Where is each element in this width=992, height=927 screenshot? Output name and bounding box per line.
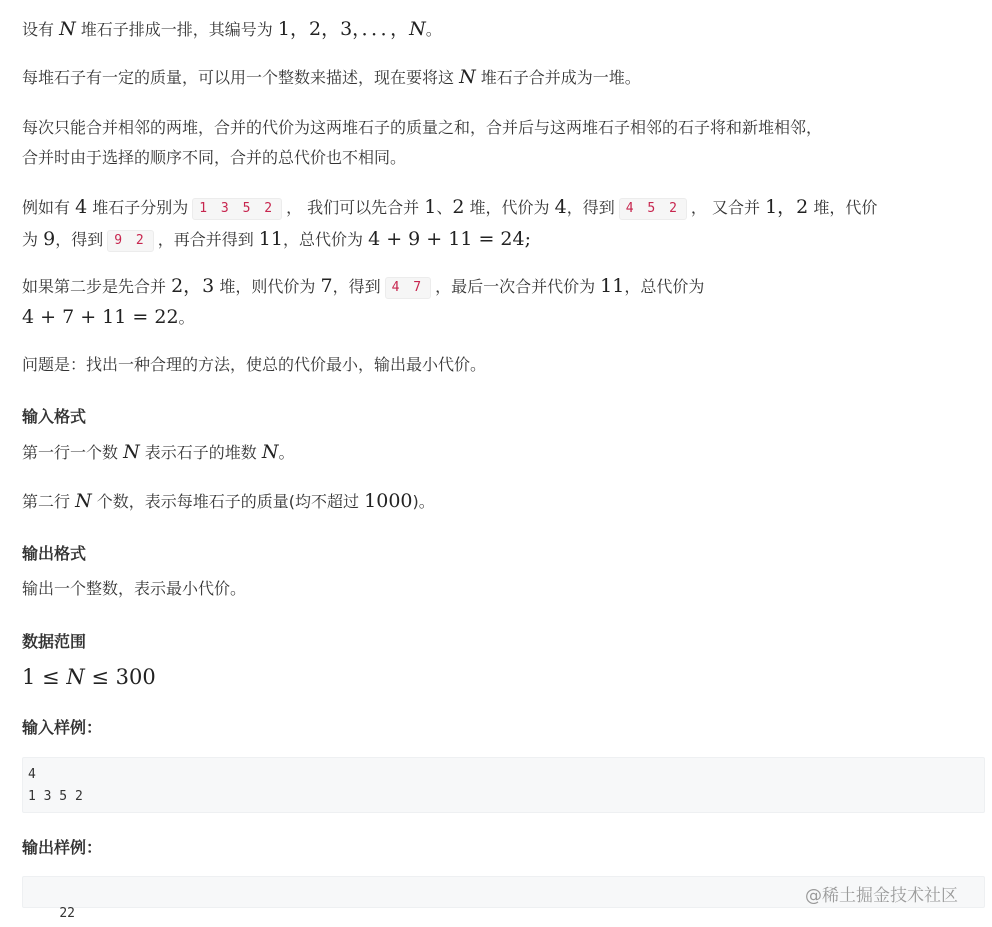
- math-n: N: [75, 490, 92, 512]
- data-range-heading: 数据范围: [22, 630, 86, 654]
- math-equation: 4 + 9 + 11 = 24;: [368, 228, 531, 250]
- inline-code: 4 5 2: [619, 198, 687, 220]
- math: 11: [259, 228, 283, 250]
- text: 堆石子合并成为一堆。: [476, 68, 641, 87]
- text: 堆，代价: [808, 198, 877, 217]
- math-n: N: [66, 665, 84, 689]
- math: 7: [320, 275, 332, 297]
- math-n: N: [459, 66, 476, 88]
- text: 设有: [22, 20, 59, 39]
- text: ， 又合并: [691, 198, 765, 217]
- text: ，总代价为: [624, 277, 704, 296]
- math: 9: [43, 228, 55, 250]
- math: 11: [600, 275, 624, 297]
- inline-code: 9 2: [107, 230, 153, 252]
- sample-input-code-block[interactable]: 4 1 3 5 2: [22, 757, 985, 813]
- sample-output-code-block[interactable]: 22 @稀土掘金技术社区: [22, 876, 985, 908]
- text: 表示石子的堆数: [140, 443, 262, 462]
- math: 2: [452, 196, 464, 218]
- text: ，总代价为: [283, 230, 368, 249]
- problem-paragraph-4-line-1: 例如有 4 堆石子分别为1 3 5 2， 我们可以先合并 1、2 堆，代价为 4…: [22, 192, 877, 223]
- text: 堆石子排成一排，其编号为: [76, 20, 278, 39]
- math-n: N: [123, 441, 140, 463]
- problem-paragraph-5-line-2: 4 + 7 + 11 = 22。: [22, 302, 195, 333]
- sample-output-heading: 输出样例：: [22, 836, 102, 860]
- output-format-heading: 输出格式: [22, 542, 86, 566]
- inline-code: 1 3 5 2: [192, 198, 282, 220]
- math-equation: 4 + 7 + 11 = 22: [22, 306, 179, 328]
- inline-code: 4 7: [385, 277, 431, 299]
- data-range-formula: 1 ≤ N ≤ 300: [22, 662, 156, 694]
- math: 1: [424, 196, 436, 218]
- output-format-line-1: 输出一个整数，表示最小代价。: [22, 574, 246, 604]
- text: ，最后一次合并代价为: [435, 277, 600, 296]
- text: 为: [22, 230, 43, 249]
- problem-paragraph-3-line-2: 合并时由于选择的顺序不同，合并的总代价也不相同。: [22, 143, 406, 173]
- math-sequence: 1，2，3，．．．，: [278, 18, 409, 40]
- problem-paragraph-6: 问题是：找出一种合理的方法，使总的代价最小，输出最小代价。: [22, 350, 486, 380]
- problem-paragraph-1: 设有 N 堆石子排成一排，其编号为 1，2，3，．．．，N。: [22, 14, 442, 45]
- text: ，得到: [333, 277, 381, 296]
- text: 。: [279, 443, 295, 462]
- input-format-line-1: 第一行一个数 N 表示石子的堆数 N。: [22, 437, 295, 468]
- input-format-line-2: 第二行 N 个数，表示每堆石子的质量(均不超过 1000)。: [22, 486, 435, 517]
- text: 堆，则代价为: [214, 277, 320, 296]
- text: )。: [413, 492, 435, 511]
- math: 2，3: [171, 275, 214, 297]
- math-n: N: [59, 18, 76, 40]
- text: 。: [426, 20, 442, 39]
- sample-input-heading: 输入样例：: [22, 716, 102, 740]
- math-n: N: [409, 18, 426, 40]
- text: 如果第二步是先合并: [22, 277, 171, 296]
- watermark: @稀土掘金技术社区: [805, 885, 958, 907]
- sample-output-value: 22: [59, 906, 75, 921]
- problem-paragraph-4-line-2: 为 9，得到9 2，再合并得到 11，总代价为 4 + 9 + 11 = 24;: [22, 224, 531, 255]
- problem-paragraph-5-line-1: 如果第二步是先合并 2，3 堆，则代价为 7，得到4 7，最后一次合并代价为 1…: [22, 271, 704, 302]
- math: 1，2: [765, 196, 808, 218]
- text: 例如有: [22, 198, 75, 217]
- text: ， 我们可以先合并: [286, 198, 424, 217]
- text: 、: [436, 198, 452, 217]
- text: 第一行一个数: [22, 443, 123, 462]
- text: ，得到: [567, 198, 615, 217]
- text: 每堆石子有一定的质量，可以用一个整数来描述，现在要将这: [22, 68, 459, 87]
- problem-paragraph-2: 每堆石子有一定的质量，可以用一个整数来描述，现在要将这 N 堆石子合并成为一堆。: [22, 62, 641, 93]
- text: ，再合并得到: [158, 230, 259, 249]
- text: ，得到: [55, 230, 103, 249]
- text: 第二行: [22, 492, 75, 511]
- math: 1 ≤: [22, 665, 66, 689]
- math: ≤ 300: [85, 665, 156, 689]
- text: 个数，表示每堆石子的质量(均不超过: [92, 492, 364, 511]
- text: 。: [179, 308, 195, 327]
- math: 4: [75, 196, 87, 218]
- math-n: N: [262, 441, 279, 463]
- problem-paragraph-3-line-1: 每次只能合并相邻的两堆，合并的代价为这两堆石子的质量之和，合并后与这两堆石子相邻…: [22, 113, 822, 143]
- text: 堆石子分别为: [87, 198, 188, 217]
- math: 1000: [364, 490, 412, 512]
- math: 4: [555, 196, 567, 218]
- text: 堆，代价为: [464, 198, 554, 217]
- input-format-heading: 输入格式: [22, 405, 86, 429]
